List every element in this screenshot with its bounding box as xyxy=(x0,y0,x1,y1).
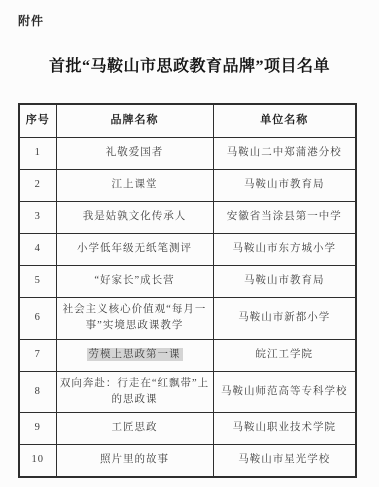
brand-name: 照片里的故事 xyxy=(56,445,213,478)
brand-name: “好家长”成长营 xyxy=(56,266,213,298)
brand-name: 工匠思政 xyxy=(56,413,213,445)
row-number: 8 xyxy=(19,371,56,413)
table-row: 8双向奔赴：行走在“红飘带”上的思政课马鞍山师范高等专科学校 xyxy=(19,371,356,413)
unit-name: 马鞍山市星光学校 xyxy=(213,445,356,478)
row-number: 3 xyxy=(19,202,56,234)
unit-name: 马鞍山市教育局 xyxy=(213,170,356,202)
highlighted-text: 劳模上思政第一课 xyxy=(87,348,183,361)
table-row: 10照片里的故事马鞍山市星光学校 xyxy=(19,445,356,478)
table-header-row: 序号 品牌名称 单位名称 xyxy=(19,104,356,138)
table-row: 5“好家长”成长营马鞍山市教育局 xyxy=(19,266,356,298)
unit-name: 马鞍山职业技术学院 xyxy=(213,413,356,445)
row-number: 10 xyxy=(19,445,56,478)
unit-name: 马鞍山市东方城小学 xyxy=(213,234,356,266)
row-number: 7 xyxy=(19,339,56,371)
unit-name: 马鞍山市教育局 xyxy=(213,266,356,298)
row-number: 6 xyxy=(19,298,56,340)
brand-name: 江上课堂 xyxy=(56,170,213,202)
unit-name: 马鞍山师范高等专科学校 xyxy=(213,371,356,413)
brand-name: 劳模上思政第一课 xyxy=(56,339,213,371)
brand-name: 社会主义核心价值观“每月一事”实境思政课教学 xyxy=(56,298,213,340)
brand-name: 我是姑孰文化传承人 xyxy=(56,202,213,234)
brand-name: 礼敬爱国者 xyxy=(56,138,213,170)
unit-name: 马鞍山市新都小学 xyxy=(213,298,356,340)
row-number: 9 xyxy=(19,413,56,445)
unit-name: 皖江工学院 xyxy=(213,339,356,371)
document-page: 附件 首批“马鞍山市思政教育品牌”项目名单 序号 品牌名称 单位名称 1礼敬爱国… xyxy=(0,0,379,487)
table-row: 3我是姑孰文化传承人安徽省当涂县第一中学 xyxy=(19,202,356,234)
table-row: 6社会主义核心价值观“每月一事”实境思政课教学马鞍山市新都小学 xyxy=(19,298,356,340)
column-header-brand: 品牌名称 xyxy=(56,104,213,138)
page-title: 首批“马鞍山市思政教育品牌”项目名单 xyxy=(0,53,379,76)
unit-name: 马鞍山二中郑蒲港分校 xyxy=(213,138,356,170)
row-number: 1 xyxy=(19,138,56,170)
attachment-label: 附件 xyxy=(18,12,44,29)
brand-name: 双向奔赴：行走在“红飘带”上的思政课 xyxy=(56,371,213,413)
projects-table: 序号 品牌名称 单位名称 1礼敬爱国者马鞍山二中郑蒲港分校2江上课堂马鞍山市教育… xyxy=(18,103,357,478)
row-number: 5 xyxy=(19,266,56,298)
table-body: 1礼敬爱国者马鞍山二中郑蒲港分校2江上课堂马鞍山市教育局3我是姑孰文化传承人安徽… xyxy=(19,138,356,478)
column-header-unit: 单位名称 xyxy=(213,104,356,138)
table-header: 序号 品牌名称 单位名称 xyxy=(19,104,356,138)
table-row: 9工匠思政马鞍山职业技术学院 xyxy=(19,413,356,445)
table-row: 1礼敬爱国者马鞍山二中郑蒲港分校 xyxy=(19,138,356,170)
row-number: 4 xyxy=(19,234,56,266)
row-number: 2 xyxy=(19,170,56,202)
table-row: 2江上课堂马鞍山市教育局 xyxy=(19,170,356,202)
column-header-no: 序号 xyxy=(19,104,56,138)
table-row: 7劳模上思政第一课皖江工学院 xyxy=(19,339,356,371)
table-row: 4小学低年级无纸笔测评马鞍山市东方城小学 xyxy=(19,234,356,266)
brand-name: 小学低年级无纸笔测评 xyxy=(56,234,213,266)
unit-name: 安徽省当涂县第一中学 xyxy=(213,202,356,234)
